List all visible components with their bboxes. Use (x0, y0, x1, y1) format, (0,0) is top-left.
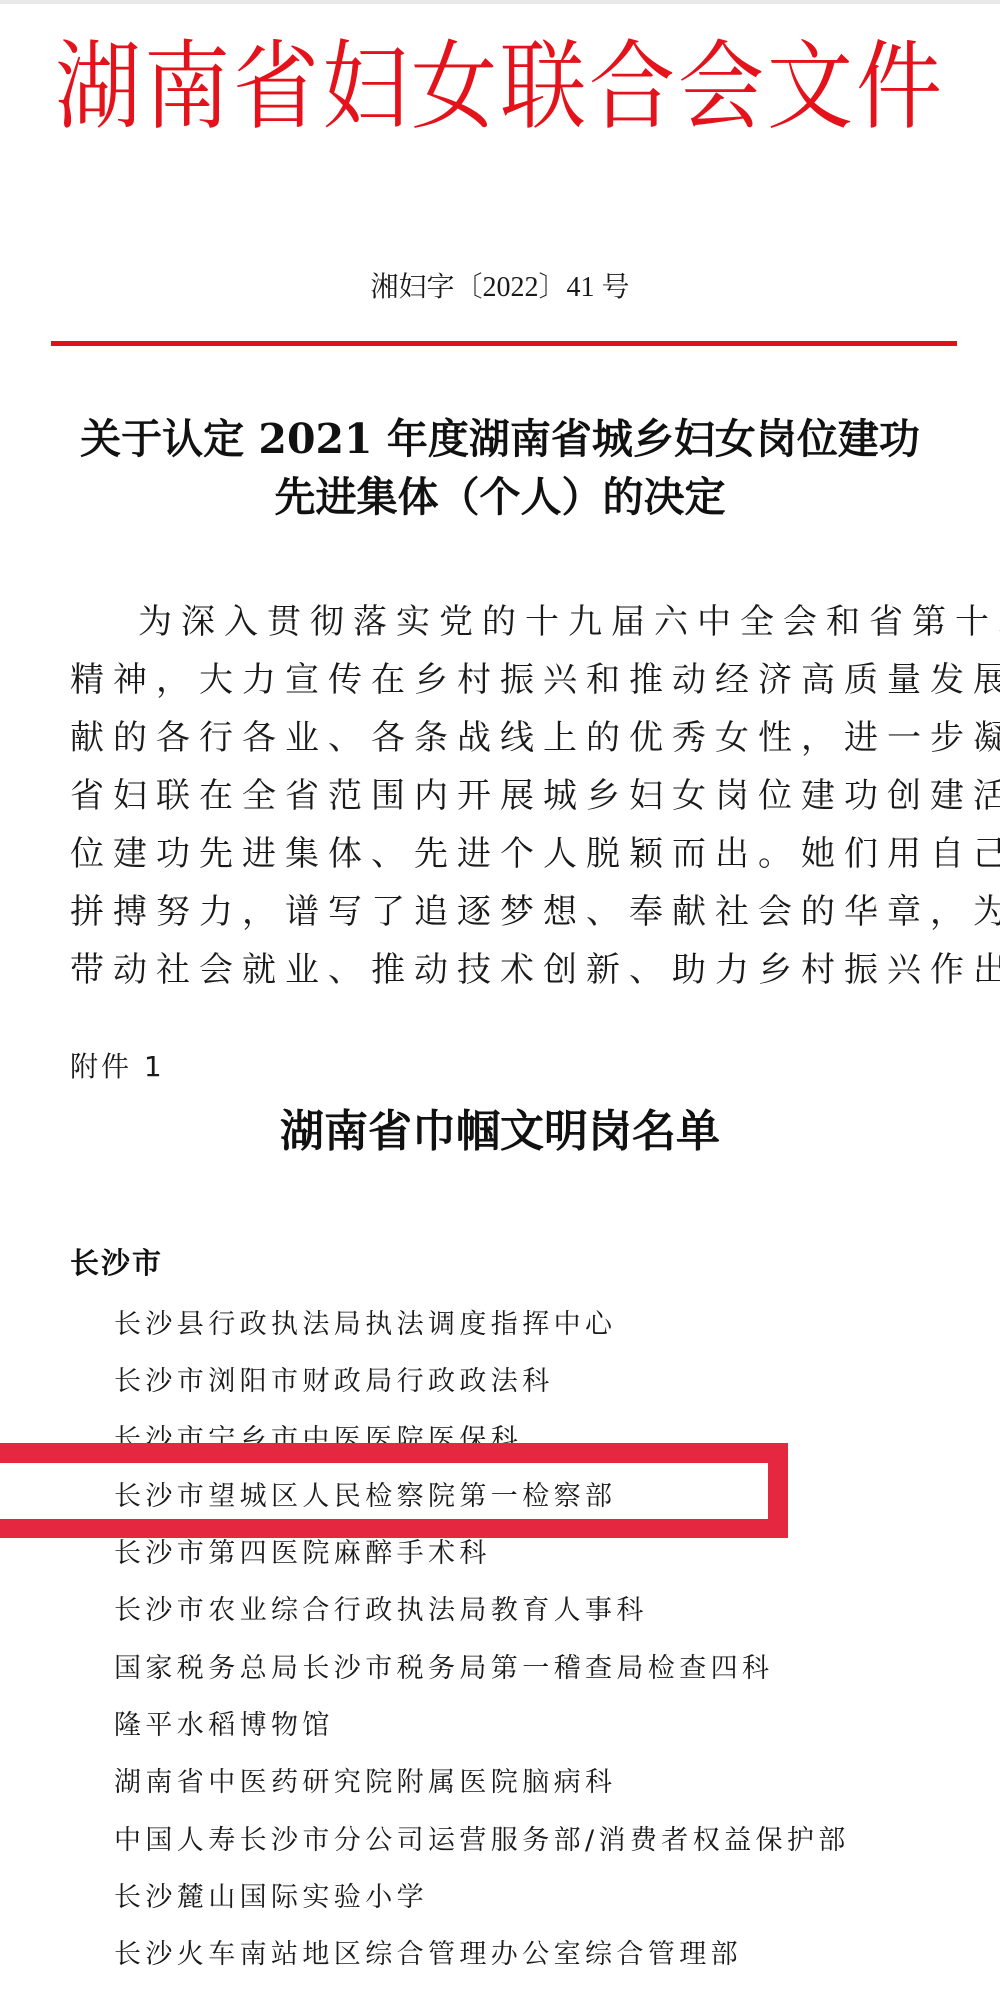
document-number: 湘妇字〔2022〕41 号 (0, 268, 1000, 308)
document-title: 关于认定 2021 年度湖南省城乡妇女岗位建功 先进集体（个人）的决定 (0, 410, 1000, 526)
document-title-line-2: 先进集体（个人）的决定 (0, 468, 1000, 526)
list-item: 长沙火车南站地区综合管理办公室综合管理部 (114, 1926, 974, 1983)
list-item: 长沙麓山国际实验小学 (114, 1869, 974, 1926)
body-line: 拼搏努力，谱写了追逐梦想、奉献社会的华章，为促进经济发展、 (70, 883, 950, 941)
list-item: 长沙市第四医院麻醉手术科 (114, 1525, 974, 1582)
body-line: 带动社会就业、推动技术创新、助力乡村振兴作出了重要贡献。 (70, 941, 950, 999)
body-line: 献的各行各业、各条战线上的优秀女性，进一步凝聚巾帼力量， (70, 709, 950, 767)
org-document-header: 湖南省妇女联合会文件 (0, 26, 1000, 149)
list-item: 长沙市浏阳市财政局行政政法科 (114, 1353, 974, 1410)
list-item: 隆平水稻博物馆 (114, 1697, 974, 1754)
list-title: 湖南省巾帼文明岗名单 (0, 1104, 1000, 1160)
city-heading: 长沙市 (70, 1243, 163, 1283)
body-line: 位建功先进集体、先进个人脱颖而出。她们用自己的勤劳智慧、 (70, 825, 950, 883)
top-edge-bar (0, 0, 1000, 4)
body-line: 为深入贯彻落实党的十九届六中全会和省第十二次党代会 (70, 593, 950, 651)
list-item: 湖南省中医药研究院附属医院脑病科 (114, 1754, 974, 1811)
list-item: 中国人寿长沙市分公司运营服务部/消费者权益保护部 (114, 1812, 974, 1869)
list-item: 长沙市宁乡市中医医院医保科 (114, 1411, 974, 1468)
list-item: 长沙市农业综合行政执法局教育人事科 (114, 1582, 974, 1639)
body-line: 精神，大力宣传在乡村振兴和推动经济高质量发展中作出突出贡 (70, 651, 950, 709)
list-item: 长沙县行政执法局执法调度指挥中心 (114, 1296, 974, 1353)
body-paragraph: 为深入贯彻落实党的十九届六中全会和省第十二次党代会 精神，大力宣传在乡村振兴和推… (70, 593, 950, 999)
red-divider-rule (51, 341, 957, 346)
attachment-label: 附件 1 (70, 1047, 165, 1087)
document-title-line-1: 关于认定 2021 年度湖南省城乡妇女岗位建功 (0, 410, 1000, 468)
unit-list: 长沙县行政执法局执法调度指挥中心 长沙市浏阳市财政局行政政法科 长沙市宁乡市中医… (114, 1296, 974, 1984)
list-item: 国家税务总局长沙市税务局第一稽查局检查四科 (114, 1640, 974, 1697)
body-line: 省妇联在全省范围内开展城乡妇女岗位建功创建活动，一大批岗 (70, 767, 950, 825)
list-item-highlighted: 长沙市望城区人民检察院第一检察部 (114, 1468, 974, 1525)
